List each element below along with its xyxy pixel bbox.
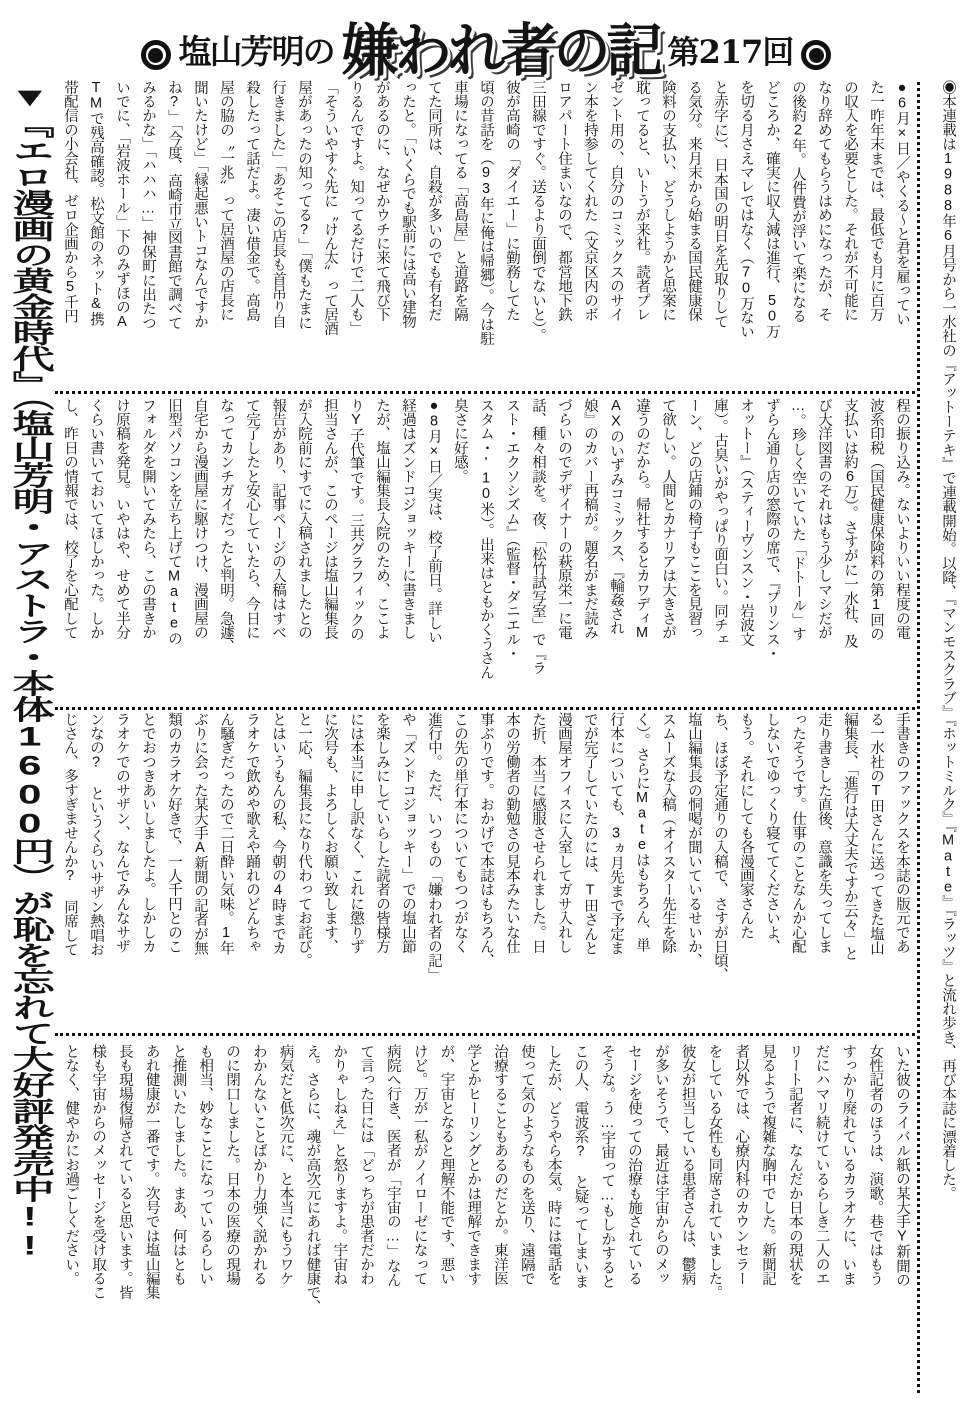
- text-column: 聞いたけど」「縁起悪いトコなんですか: [187, 80, 213, 388]
- text-column: 類のカラオケ好きで、一人千円とのこ: [161, 712, 187, 1030]
- text-column: りY子代筆です。三共グラフィックの: [343, 398, 369, 704]
- text-column: があるのに、なぜかウチに来て飛び下: [369, 80, 395, 388]
- text-column: たが、塩山編集長入院のため、ここよ: [369, 398, 395, 704]
- text-column: あれ健康が一番です。次号では塩山編集: [138, 1044, 165, 1396]
- text-column: 程の振り込み。ないよりいい程度の電: [889, 398, 915, 704]
- text-column: ーン、どの店鋪の椅子もここを見習っ: [681, 398, 707, 704]
- text-column: ずらん通り店の窓際の席で、『プリンス・: [759, 398, 785, 704]
- text-column: となく、健やかにお過ごしください。: [58, 1044, 85, 1396]
- text-column: したが、どうやら本気。時には電話を: [540, 1044, 567, 1396]
- text-column: を切る月さえマレではなく（70万ない: [733, 80, 759, 388]
- text-column: ン本を持参してくれた（文京区内のボ: [577, 80, 603, 388]
- text-column: セージを使っての治療も施されている: [620, 1044, 647, 1396]
- text-column: もう。それにしても各漫画家さんた: [733, 712, 759, 1030]
- text-column: わかんないことばかり力強く説かれる: [245, 1044, 272, 1396]
- text-column: 娘』のカバー再稿が。題名がまだ読み: [577, 398, 603, 704]
- text-column: ん騒ぎだったので二日酔い気味。1年: [213, 712, 239, 1030]
- text-column: の後約2年。人件費が浮いて楽になる: [785, 80, 811, 388]
- text-column: とでおつきあいしましたよ。しかしカ: [135, 712, 161, 1030]
- text-column: 彼女が担当している患者さんは、鬱病: [674, 1044, 701, 1396]
- text-column: ラオケで飲めや歌えや踊れのどんちゃ: [239, 712, 265, 1030]
- text-column: ゼント用の、自分のコミックスのサイ: [603, 80, 629, 388]
- text-column: 彼が高崎の「ダイエー」に勤務してた: [499, 80, 525, 388]
- text-column: 険料の支払い、どうしようかと思案に: [655, 80, 681, 388]
- text-column: スムーズな入稿（オイスター先生を除: [655, 712, 681, 1030]
- text-column: なってカンチガイだったと判明。急遽、: [213, 398, 239, 704]
- text-column: 女性記者のほうは、演歌。巷ではもう: [861, 1044, 888, 1396]
- text-column: て完了したと安心していたら、今日に: [239, 398, 265, 704]
- text-column: スト・エクソシズム』（監督・ダニエル・: [499, 398, 525, 704]
- text-column: リート記者に、なんだか日本の現状を: [781, 1044, 808, 1396]
- magazine-page: 塩山芳明の 嫌われ者の記 第217回 ▼『エロ漫画の黄金時代』（塩山芳明・アスト…: [0, 0, 972, 1403]
- text-column: すっかり廃れているカラオケに、いま: [835, 1044, 862, 1396]
- text-column: いでに、「岩波ホール」下のみずほのA: [109, 80, 135, 388]
- text-band-3: 手書きのファックスを本誌の版元である一水社のT田さんに送ってきた塩山編集長、「進…: [55, 712, 915, 1030]
- text-column: 三田線ですぐ。送るより面倒でないと）。: [525, 80, 551, 388]
- title-main: 嫌われ者の記: [342, 23, 660, 80]
- text-column: と赤字に）、日本国の明日を先取りして: [707, 80, 733, 388]
- text-column: みるかな」「ハハハ…」神保町に出たつ: [135, 80, 161, 388]
- text-column: ●8月×日／実は、校了前日。詳しい: [421, 398, 447, 704]
- text-column: 学とかヒーリングとかは理解できます: [459, 1044, 486, 1396]
- bullseye-icon-right: [801, 40, 831, 70]
- text-column: る一水社のT田さんに送ってきた塩山: [863, 712, 889, 1030]
- text-column: 自宅から漫画屋に駆けつけ、漫画屋の: [187, 398, 213, 704]
- text-column: が入院前にすでに入稿されましたとの: [291, 398, 317, 704]
- text-column: 車場になってる「高島屋」と道路を隔: [447, 80, 473, 388]
- text-column: 手書きのファックスを本誌の版元であ: [889, 712, 915, 1030]
- text-column: け原稿を発見。いやはや、せめて半分: [109, 398, 135, 704]
- text-column: でが完了していたのには、T田さんと: [577, 712, 603, 1030]
- text-column: てた同所は、自殺が多いのでも有名だ: [421, 80, 447, 388]
- text-column: 進行中。ただ、いつもの「嫌われ者の記」: [421, 712, 447, 1030]
- text-column: て言った日には「どっちが患者だかわ: [352, 1044, 379, 1396]
- text-column: 担当さんが、このページは塩山編集長: [317, 398, 343, 704]
- text-column: を楽しみにしていらした読者の皆様方: [369, 712, 395, 1030]
- text-column: 事ぶりです。おかげで本誌はもちろん、: [473, 712, 499, 1030]
- text-column: く）。さらにMateはもちろん、単: [629, 712, 655, 1030]
- text-column: 頃の昔話を（93年に俺は帰郷）。今は駐: [473, 80, 499, 388]
- text-column: けど。万が一私がノイローゼになって: [406, 1044, 433, 1396]
- text-column: 報告があり、記事ページの入稿はすべ: [265, 398, 291, 704]
- text-column: 屋があったの知ってる?」「僕もたまに: [291, 80, 317, 388]
- text-column: りるんですよ。知ってるだけで二人も」: [343, 80, 369, 388]
- text-column: のに閉口しました。日本の医療の現場: [218, 1044, 245, 1396]
- text-column: 殺したって話だよ。凄い借金で。高島: [239, 80, 265, 388]
- dotted-divider-3: [55, 1033, 915, 1036]
- text-column: 耽ってると、いトうが来社。読者プレ: [629, 80, 655, 388]
- text-column: 行きました」「あそこの店長も首吊り自: [265, 80, 291, 388]
- text-column: 病気だと低次元に、と本当にもうワケ: [272, 1044, 299, 1396]
- text-column: ったそうです。仕事のことなんか心配: [785, 712, 811, 1030]
- text-column: なり辞めてもらうはめになったが、そ: [811, 80, 837, 388]
- dotted-divider-vertical: [917, 82, 920, 1393]
- text-column: 話、種々相談を。夜、「松竹試写室」で『ラ: [525, 398, 551, 704]
- text-column: …。珍しく空いていた「ドトール」す: [785, 398, 811, 704]
- text-column: オットー』（スティーヴンスン・岩波文: [733, 398, 759, 704]
- text-column: 治療することもあるのだとか。東洋医: [486, 1044, 513, 1396]
- text-column: 漫画屋オフィスに入室してガサ入れし: [551, 712, 577, 1030]
- text-band-1: ●6月×日／やくる〜と君を雇っていた一昨年末までは、最低でも月に百万の収入を必要…: [55, 80, 915, 388]
- text-band-4: いた彼のライバル紙の某大手Y新聞の女性記者のほうは、演歌。巷ではもうすっかり廃れ…: [55, 1044, 915, 1396]
- text-column: くらい書いておいてほしかった。しか: [83, 398, 109, 704]
- text-column: ロアパート住まいなので、都営地下鉄: [551, 80, 577, 388]
- text-column: TMで残高確認。松文館のネット&携: [83, 80, 109, 388]
- text-column: 塩山編集長の恫喝が聞いているせいか、: [681, 712, 707, 1030]
- title-author: 塩山芳明の: [179, 26, 334, 73]
- text-column: 者以外では、心療内科のカウンセラー: [727, 1044, 754, 1396]
- text-column: 屋の脇の〝一兆〟って居酒屋の店長に: [213, 80, 239, 388]
- text-column: に次号も、よろしくお願い致します、: [317, 712, 343, 1030]
- side-headline-book-ad: ▼『エロ漫画の黄金時代』（塩山芳明・アストラ・本体1600円）が恥を忘れて大好評…: [5, 82, 52, 1317]
- text-column: 経過はズンドコジョッキーに書きまし: [395, 398, 421, 704]
- text-column: ●6月×日／やくる〜と君を雇ってい: [889, 80, 915, 388]
- text-column: ンなの? というくらいサザン熱唱お: [83, 712, 109, 1030]
- text-column: が、宇宙となると理解不能です、悪い: [433, 1044, 460, 1396]
- text-column: そうな。う…宇宙って…もしかすると: [593, 1044, 620, 1396]
- text-column: しないでゆっくり寝ててくださいよ、: [759, 712, 785, 1030]
- text-column: 病院へ行き、医者が「宇宙の…」なん: [379, 1044, 406, 1396]
- text-column: 様も宇宙からのメッセージを受け取るこ: [84, 1044, 111, 1396]
- text-column: フォルダを開いてみたら、この書きか: [135, 398, 161, 704]
- text-column: え。さらに、魂が高次元にあれば健康で、: [299, 1044, 326, 1396]
- bullseye-icon-left: [141, 40, 171, 70]
- text-column: び大洋図書のそれはもう少しマシだが: [811, 398, 837, 704]
- text-column: づらいのでデザイナーの萩原栄一に電: [551, 398, 577, 704]
- text-column: た折、本当に感服させられました。日: [525, 712, 551, 1030]
- editor-preface-column: ◉本連載は1988年6月号から一水社の『アットーテキ』で連載開始。以降、『マンモ…: [926, 80, 970, 1255]
- text-column: とはいうもんの私、今朝の4時までカ: [265, 712, 291, 1030]
- text-column: いた彼のライバル紙の某大手Y新聞の: [888, 1044, 915, 1396]
- text-column: ぶりに会った某大手A新聞の記者が無: [187, 712, 213, 1030]
- text-column: 編集長、「進行は大丈夫ですか云々」と: [837, 712, 863, 1030]
- text-column: どころか、確実に収入減は進行、50万: [759, 80, 785, 388]
- text-column: 行本についても、3ヵ月先まで予定ま: [603, 712, 629, 1030]
- text-column: だにハマリ続けているらしき二人のエ: [808, 1044, 835, 1396]
- text-column: じさん、多すぎませんか? 同席して: [57, 712, 83, 1030]
- text-column: 本の労働者の勤勉さの見本みたいな仕: [499, 712, 525, 1030]
- text-column: 長も現場復帰されていると思います。皆: [111, 1044, 138, 1396]
- text-column: かりゃしねえ」と怒りますよ。宇宙ね: [325, 1044, 352, 1396]
- text-column: この人、電波系? と疑ってしまいま: [567, 1044, 594, 1396]
- text-column: 支払いは約6万）。さすがに一水社、及: [837, 398, 863, 704]
- dotted-divider-1: [55, 391, 915, 394]
- text-column: ね?」「今度、高崎市立図書館で調べて: [161, 80, 187, 388]
- text-column: 波系印税（国民健康保険料の第1回の: [863, 398, 889, 704]
- text-column: も相当、妙なことになっているらしい: [191, 1044, 218, 1396]
- text-column: をしている女性も同席されていました。: [701, 1044, 728, 1396]
- text-column: AXのいずみコミックス、『輪姦され: [603, 398, 629, 704]
- text-column: や「ズンドコジョッキー」での塩山節: [395, 712, 421, 1030]
- text-column: が多いそうで、最近は宇宙からのメッ: [647, 1044, 674, 1396]
- text-column: 使って気のようなものを送り、遠隔で: [513, 1044, 540, 1396]
- text-column: 庫）。古臭いがやっぱり面白い。同チェ: [707, 398, 733, 704]
- title-episode-number: 第217回: [668, 27, 794, 73]
- text-column: には本当に申し訳なく、これに懲りず: [343, 712, 369, 1030]
- text-column: 「そういやすぐ先に〝けん太〟って居酒: [317, 80, 343, 388]
- text-column: ち、ほぼ予定通りの入稿で、さすが日頃、: [707, 712, 733, 1030]
- text-band-2: 程の振り込み。ないよりいい程度の電波系印税（国民健康保険料の第1回の支払いは約6…: [55, 398, 915, 704]
- text-column: る気分。来月末から始まる国民健康保: [681, 80, 707, 388]
- text-column: 違うのだから。帰社するとカワディM: [629, 398, 655, 704]
- text-column: た一昨年末までは、最低でも月に百万: [863, 80, 889, 388]
- text-column: 臭さに好感。: [447, 398, 473, 704]
- text-column: と一応、編集長になり代わってお詫び。: [291, 712, 317, 1030]
- text-column: て欲しい。人間とカナリアは大きさが: [655, 398, 681, 704]
- text-column: ラオケでのサザン、なんでみんなサザ: [109, 712, 135, 1030]
- text-column: スタム・'10米）。出来はともかくうさん: [473, 398, 499, 704]
- text-column: 走り書きした直後、意識を失ってしま: [811, 712, 837, 1030]
- text-column: ったと。「いくらでも駅前には高い建物: [395, 80, 421, 388]
- text-column: 帯配信の小会社、ゼロ企画から5千円: [57, 80, 83, 388]
- dotted-divider-2: [55, 707, 915, 710]
- text-column: と推測いたしました。まあ、何はとも: [165, 1044, 192, 1396]
- text-column: この先の単行本についてもつつがなく: [447, 712, 473, 1030]
- text-column: 旧型パソコンを立ち上げてMateの: [161, 398, 187, 704]
- text-column: し、昨日の情報では、校了を心配して: [57, 398, 83, 704]
- text-column: 見るようで複雑な胸中でした。新聞記: [754, 1044, 781, 1396]
- page-title: 塩山芳明の 嫌われ者の記 第217回: [0, 8, 972, 80]
- text-column: の収入を必要とした。それが不可能に: [837, 80, 863, 388]
